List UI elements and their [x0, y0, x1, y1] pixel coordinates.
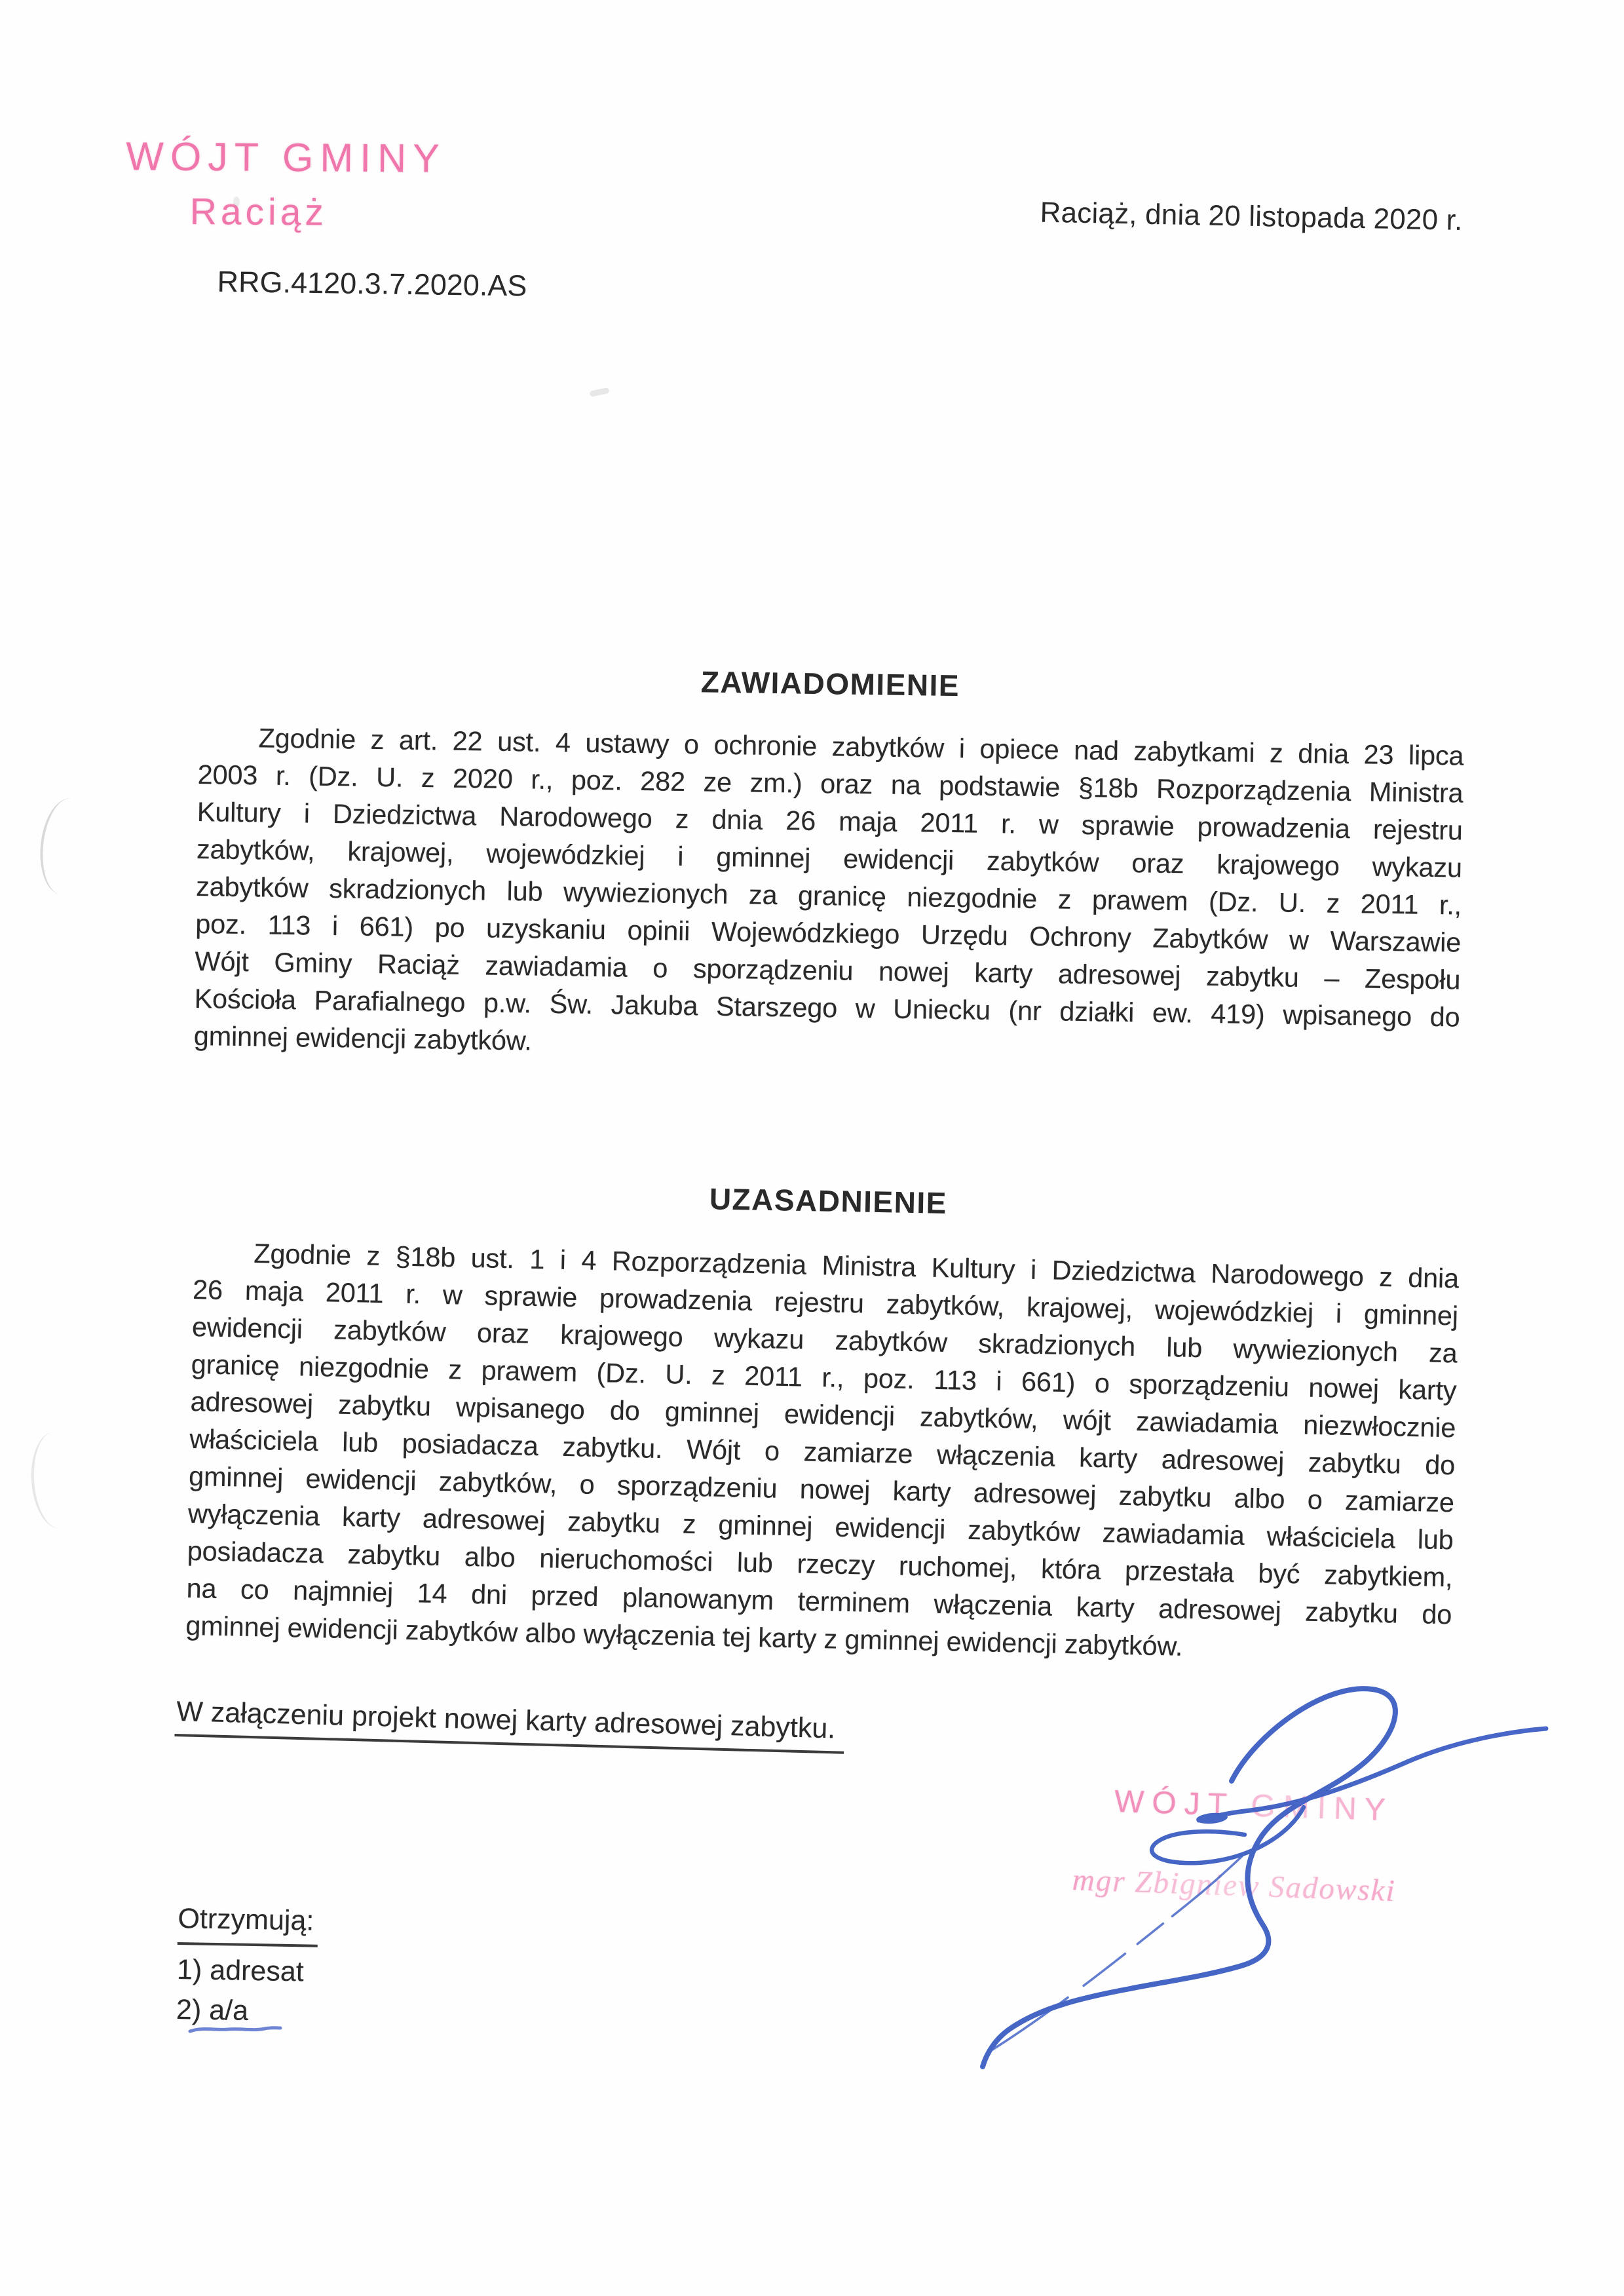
signature-stroke-loop	[983, 1689, 1395, 2067]
office-stamp-title: WÓJT GMINY	[126, 133, 446, 181]
scan-artifact-arc	[35, 795, 96, 897]
notice-paragraph: Zgodnie z art. 22 ust. 4 ustawy o ochron…	[193, 718, 1463, 1073]
office-stamp-town: Raciąż	[189, 190, 445, 235]
distribution-items: 1) adresat2) a/a	[176, 1950, 318, 2033]
document-page: { "page": { "stamp_top": { "line1": "WÓJ…	[0, 0, 1624, 2296]
signature-ink	[937, 1670, 1585, 2082]
notice-heading: ZAWIADOMIENIE	[198, 657, 1463, 711]
pen-mark-under-aa	[187, 2022, 286, 2037]
justification-paragraph: Zgodnie z §18b ust. 1 i 4 Rozporządzenia…	[185, 1233, 1460, 1670]
justification-heading: UZASADNIENIE	[196, 1172, 1461, 1230]
date-line: Raciąż, dnia 20 listopada 2020 r.	[1040, 197, 1463, 237]
office-stamp: WÓJT GMINY Raciąż	[125, 133, 446, 235]
distribution-list: Otrzymują: 1) adresat2) a/a	[176, 1899, 318, 2033]
scan-artifact-arc	[28, 1430, 86, 1530]
attachment-note: W załączeniu projekt nowej karty adresow…	[174, 1696, 844, 1754]
reference-number: RRG.4120.3.7.2020.AS	[217, 265, 527, 303]
distribution-heading: Otrzymują:	[178, 1899, 318, 1947]
scan-artifact-speck	[589, 387, 609, 397]
scan-artifact-speck	[233, 197, 240, 207]
signature-stroke-flourish	[1199, 1729, 1546, 1820]
distribution-item: 1) adresat	[177, 1950, 318, 1993]
